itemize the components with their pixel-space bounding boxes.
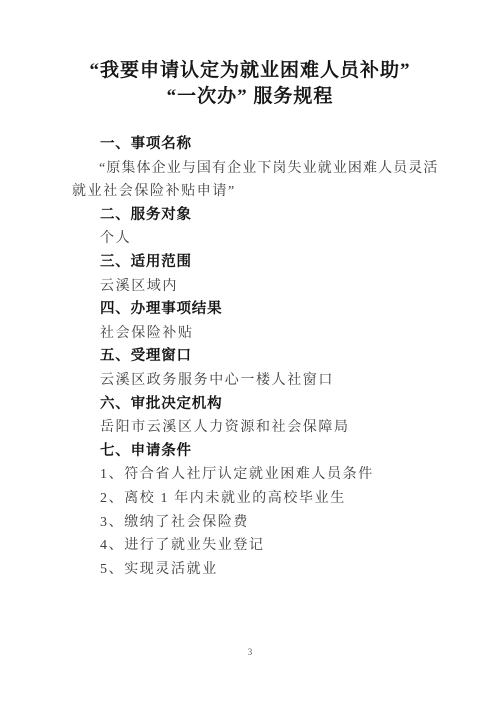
section-heading-window: 五、受理窗口 (72, 345, 428, 369)
section-heading-conditions: 七、申请条件 (72, 440, 428, 464)
section-heading-item-name: 一、事项名称 (72, 133, 428, 157)
section-scope-line: 云溪区域内 (72, 275, 428, 299)
section-item-name-line-1: “原集体企业与国有企业下岗失业就业困难人员灵活 (72, 157, 428, 181)
title-line-1: “我要申请认定为就业困难人员补助” (0, 58, 500, 84)
section-window-line: 云溪区政务服务中心一楼人社窗口 (72, 369, 428, 393)
section-item-name-line-2: 就业社会保险补贴申请” (72, 180, 428, 204)
section-heading-result: 四、办理事项结果 (72, 298, 428, 322)
document-page: “我要申请认定为就业困难人员补助” “一次办” 服务规程 一、事项名称 “原集体… (0, 0, 500, 707)
section-heading-authority: 六、审批决定机构 (72, 393, 428, 417)
condition-item-2: 2、离校 1 年内未就业的高校毕业生 (72, 487, 428, 511)
condition-item-1: 1、符合省人社厅认定就业困难人员条件 (72, 463, 428, 487)
section-service-target-line: 个人 (72, 227, 428, 251)
section-result-line: 社会保险补贴 (72, 322, 428, 346)
condition-item-4: 4、进行了就业失业登记 (72, 534, 428, 558)
section-heading-scope: 三、适用范围 (72, 251, 428, 275)
section-heading-service-target: 二、服务对象 (72, 204, 428, 228)
document-body: 一、事项名称 “原集体企业与国有企业下岗失业就业困难人员灵活 就业社会保险补贴申… (0, 133, 500, 581)
document-title: “我要申请认定为就业困难人员补助” “一次办” 服务规程 (0, 0, 500, 110)
section-authority-line: 岳阳市云溪区人力资源和社会保障局 (72, 416, 428, 440)
page-number: 3 (0, 647, 500, 657)
condition-item-5: 5、实现灵活就业 (72, 558, 428, 582)
title-line-2: “一次办” 服务规程 (0, 84, 500, 110)
condition-item-3: 3、缴纳了社会保险费 (72, 511, 428, 535)
